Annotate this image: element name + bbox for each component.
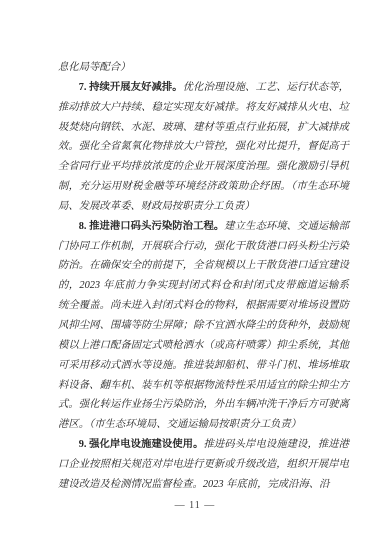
item-number: 8.: [79, 221, 87, 232]
paragraph-item-7: 7. 持续开展友好减排。优化治理设施、工艺、运行状态等，推动排放大户持续、稳定实…: [58, 78, 349, 217]
document-page: 息化局等配合） 7. 持续开展友好减排。优化治理设施、工艺、运行状态等，推动排放…: [0, 0, 390, 551]
item-number: 7.: [79, 82, 87, 93]
page-number: — 11 —: [0, 500, 390, 511]
document-text-block: 息化局等配合） 7. 持续开展友好减排。优化治理设施、工艺、运行状态等，推动排放…: [58, 58, 349, 495]
item-heading: 持续开展友好减排。: [89, 82, 183, 93]
paragraph-item-8: 8. 推进港口码头污染防治工程。建立生态环境、交通运输部门协同工作机制，开展联合…: [58, 217, 349, 435]
item-responsibility: （市生态环境局、交通运输局按职责分工负责）: [89, 419, 301, 430]
paragraph-item-9: 9. 强化岸电设施建设使用。推进码头岸电设施建设，推进港口企业按照相关规范对岸电…: [58, 435, 349, 495]
item-body-text: 优化治理设施、工艺、运行状态等，推动排放大户持续、稳定实现友好减排。将友好减排从…: [58, 82, 349, 192]
item-body-text: 建立生态环境、交通运输部门协同工作机制，开展联合行动，强化干散货港口码头粉尘污染…: [58, 221, 349, 430]
item-heading: 强化岸电设施建设使用。: [89, 439, 203, 450]
item-heading: 推进港口码头污染防治工程。: [89, 221, 224, 232]
item-number: 9.: [79, 439, 87, 450]
continuation-line: 息化局等配合）: [58, 58, 349, 78]
